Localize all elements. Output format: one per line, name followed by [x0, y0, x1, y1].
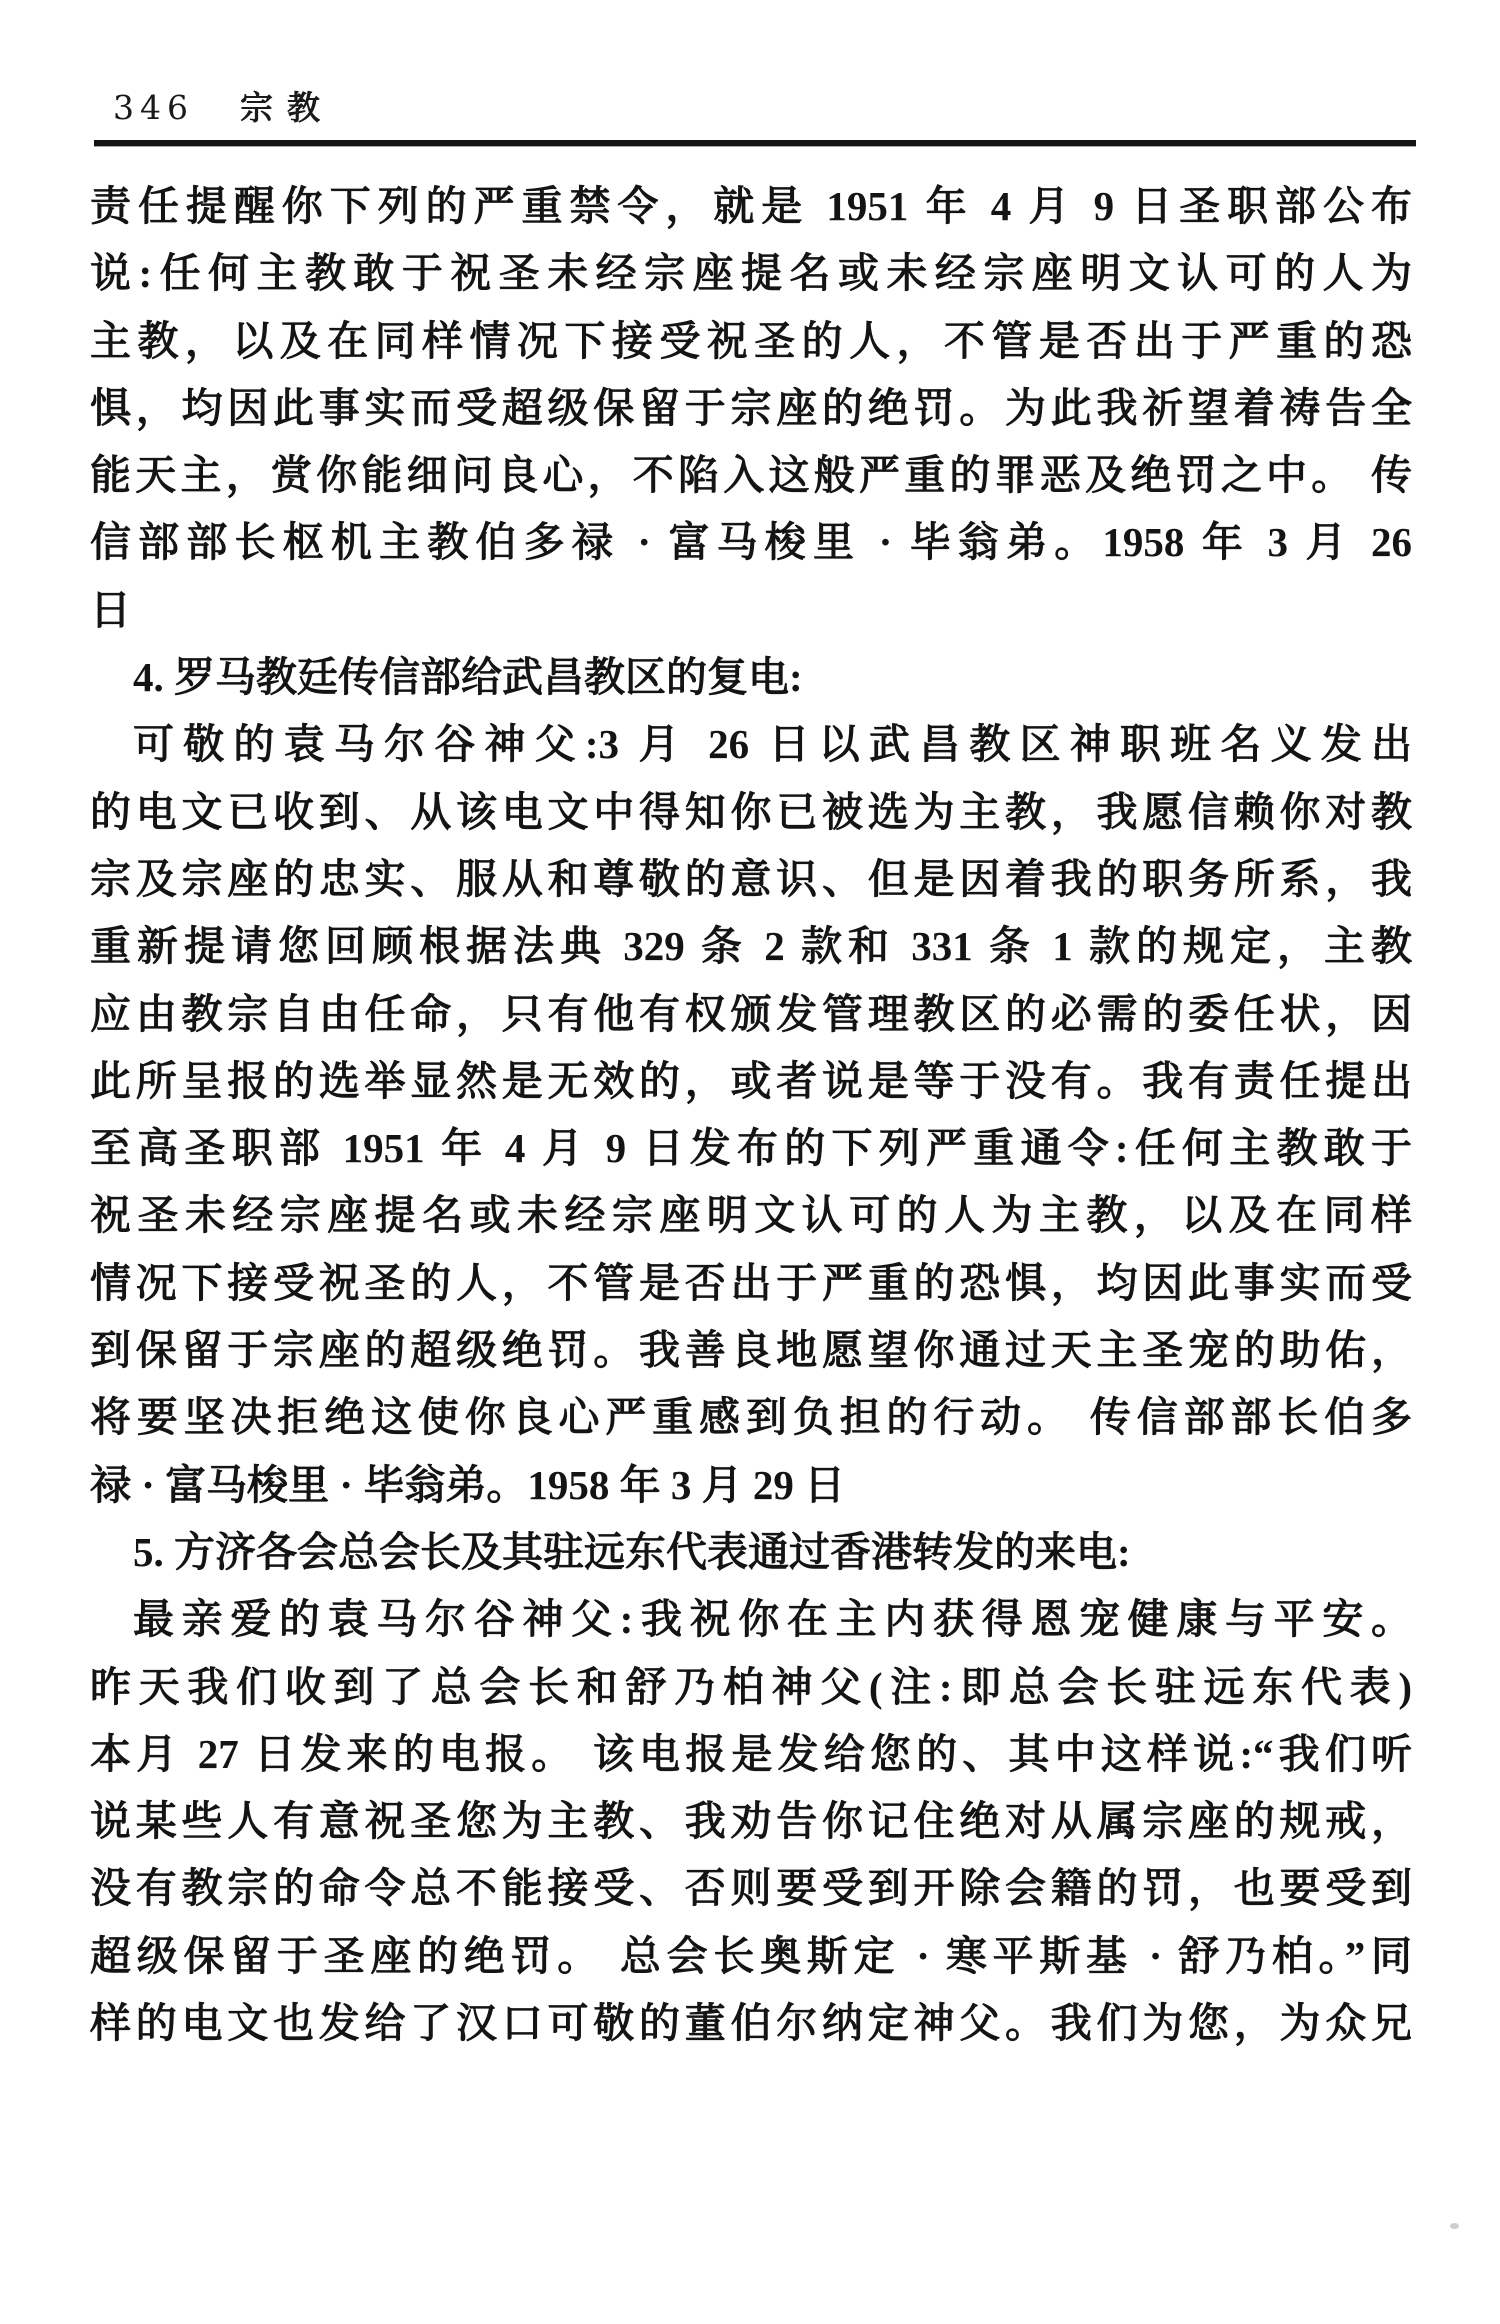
page-header: 346 宗教: [113, 82, 334, 129]
text-line: 说:任何主教敢于祝圣未经宗座提名或未经宗座明文认可的人为: [90, 240, 1412, 307]
text-line: 将要坚决拒绝这使你良心严重感到负担的行动。 传信部部长伯多: [90, 1384, 1412, 1451]
text-line: 禄 · 富马梭里 · 毕翁弟。1958 年 3 月 29 日: [90, 1452, 1412, 1519]
text-line: 可敬的袁马尔谷神父:3 月 26 日以武昌教区神职班名义发出: [90, 711, 1412, 778]
section-title: 宗教: [240, 82, 334, 129]
text-line: 本月 27 日发来的电报。 该电报是发给您的、其中这样说:“我们听: [90, 1721, 1412, 1788]
text-line: 至高圣职部 1951 年 4 月 9 日发布的下列严重通令:任何主教敢于: [90, 1115, 1412, 1182]
text-line: 日: [90, 577, 1412, 644]
text-line: 重新提请您回顾根据法典 329 条 2 款和 331 条 1 款的规定，主教: [90, 913, 1412, 980]
text-line: 情况下接受祝圣的人，不管是否出于严重的恐惧，均因此事实而受: [90, 1250, 1412, 1317]
text-line: 超级保留于圣座的绝罚。 总会长奥斯定 · 寒平斯基 · 舒乃柏。”同: [90, 1923, 1412, 1990]
text-line: 主教，以及在同样情况下接受祝圣的人，不管是否出于严重的恐: [90, 308, 1412, 375]
text-line: 能天主，赏你能细问良心，不陷入这般严重的罪恶及绝罚之中。 传: [90, 442, 1412, 509]
text-line: 最亲爱的袁马尔谷神父:我祝你在主内获得恩宠健康与平安。: [90, 1586, 1412, 1653]
text-line: 到保留于宗座的超级绝罚。我善良地愿望你通过天主圣宠的助佑，: [90, 1317, 1412, 1384]
text-line: 责任提醒你下列的严重禁令，就是 1951 年 4 月 9 日圣职部公布: [90, 173, 1412, 240]
text-line: 说某些人有意祝圣您为主教、我劝告你记住绝对从属宗座的规戒，: [90, 1788, 1412, 1855]
text-line: 宗及宗座的忠实、服从和尊敬的意识、但是因着我的职务所系，我: [90, 846, 1412, 913]
header-rule: [94, 140, 1416, 146]
text-line: 的电文已收到、从该电文中得知你已被选为主教，我愿信赖你对教: [90, 779, 1412, 846]
page-body: 责任提醒你下列的严重禁令，就是 1951 年 4 月 9 日圣职部公布说:任何主…: [90, 173, 1412, 2057]
scan-speck-icon: [1450, 2223, 1459, 2229]
text-line: 信部部长枢机主教伯多禄 · 富马梭里 · 毕翁弟。1958 年 3 月 26: [90, 509, 1412, 576]
text-line: 应由教宗自由任命，只有他有权颁发管理教区的必需的委任状，因: [90, 981, 1412, 1048]
text-line: 样的电文也发给了汉口可敬的董伯尔纳定神父。我们为您，为众兄: [90, 1990, 1412, 2057]
text-line: 祝圣未经宗座提名或未经宗座明文认可的人为主教，以及在同样: [90, 1182, 1412, 1249]
book-page: 346 宗教 责任提醒你下列的严重禁令，就是 1951 年 4 月 9 日圣职部…: [0, 0, 1500, 2324]
text-line: 昨天我们收到了总会长和舒乃柏神父(注:即总会长驻远东代表): [90, 1654, 1412, 1721]
text-line: 5. 方济各会总会长及其驻远东代表通过香港转发的来电:: [90, 1519, 1412, 1586]
text-line: 没有教宗的命令总不能接受、否则要受到开除会籍的罚，也要受到: [90, 1855, 1412, 1922]
page-number: 346: [113, 88, 194, 127]
text-line: 惧，均因此事实而受超级保留于宗座的绝罚。为此我祈望着祷告全: [90, 375, 1412, 442]
text-line: 此所呈报的选举显然是无效的，或者说是等于没有。我有责任提出: [90, 1048, 1412, 1115]
text-line: 4. 罗马教廷传信部给武昌教区的复电:: [90, 644, 1412, 711]
